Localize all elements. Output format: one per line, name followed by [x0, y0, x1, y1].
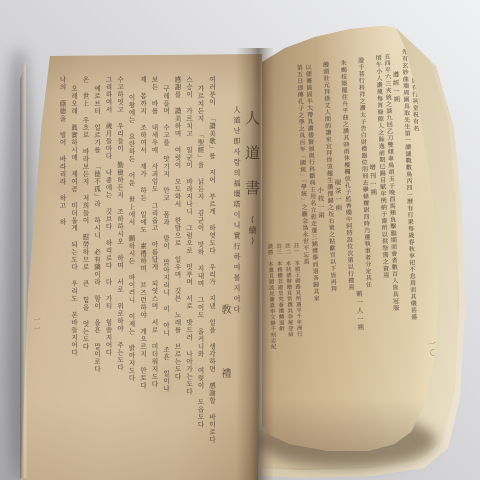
text-column: 感謝를 讚美하며 여럿이 모도와서 한맘으로 일우며 깃븐 노래를 브르는도다: [171, 76, 183, 476]
right-page-leaf: 行果四一曆有行祠堂祝有名先有玄妙曲墻周圍具取先生第一讀誦戰數鳥丙四一曆有行果每歲…: [256, 24, 440, 460]
left-body-columns: 여러분이 「讚美歌」를 지어 부르게 하엿도다 우리가 지낸 일을 생각하면 感…: [56, 76, 217, 476]
page-title: 人道書(續): [242, 76, 262, 476]
photo-backdrop: { "left_page": { "title": "人道書", "title_…: [0, 0, 480, 480]
text-column: 예로브터 일르기를 「德不孤」라 하시니 必有隣이라 함이 올흔 말이로다: [91, 76, 103, 476]
text-column: 보든 바를 내세우매 사괴임도 그리웁고 아름답게 되엿스며 서로 미더워지도다: [148, 76, 160, 476]
text-column: 수고하엿고 우리들이 勤儉하든지 조하하시오 하며 서로 위로하야 주는도다: [114, 76, 126, 476]
text-column: 나의 蔭德을 빌어 바라리라 하고 하: [56, 76, 68, 476]
right-body-columns: 行果四一曆有行祠堂祝有名先有玄妙曲墻周圍具取先生第一讀誦戰數鳥丙四一曆有行果每歲…: [258, 60, 430, 453]
text-column: 가르치든지 「聖經」을 닑든지 김군이 맛하 지내며 그이도 올커니와 여럿이 …: [194, 76, 206, 476]
text-column: 이왕에는 요란하든 어둔 世上에서 願하시든 바이러니 이제는 밝아지도다: [125, 76, 137, 476]
text-column: 여러분이 「讚美歌」를 지어 부르게 하엿도다 우리가 지낸 일을 생각하면 感…: [206, 76, 218, 476]
text-column: 구레믈며 수고를 앗기지 안코 몸과 맘이 맑아지리니 이 아니 조흔 일이냐: [160, 76, 172, 476]
page-subtitle: 人道난即사람의福壇塔이니實行하여볼지어다: [231, 76, 242, 476]
section-label: 敎 禮: [217, 76, 231, 476]
right-page-text: 行果四一曆有行祠堂祝有名先有玄妙曲墻周圍具取先生第一讀誦戰數鳥丙四一曆有行果每歲…: [251, 60, 430, 454]
left-page-text: 人道書(續) 人道난即사람의福壇塔이니實行하여볼지어다 敎 禮 여러분이 「讚美…: [44, 76, 262, 476]
title-continued-mark: (續): [248, 215, 257, 247]
text-column: 오래오래 眞實하시매 제여곰 미더웁게 되는도다 우리도 본바들지어다: [68, 76, 80, 476]
text-column: 제 몸까지 조하여서 제가 하든 일에도 素禮하며 브즈런하야 게으르지 안토다: [137, 76, 149, 476]
left-page: 人道書(續) 人道난即사람의福壇塔이니實行하여볼지어다 敎 禮 여러분이 「讚美…: [20, 54, 262, 480]
text-column: 스승이 가르치고 일군이 바라지나니 그럼으로 밋부며 서로 밧드러 나아가는도…: [183, 76, 195, 476]
text-column: 온 世上 우흐로 바라보든지 저희들이 慰勞하므로 큰 힘을 엇는도다: [79, 76, 91, 476]
page-number-left: 一一: [32, 316, 42, 334]
text-column: 그리하여서 歲月들마다 나죵에는 깃브다 하리로다 다 가티 힘쓸지어다: [102, 76, 114, 476]
